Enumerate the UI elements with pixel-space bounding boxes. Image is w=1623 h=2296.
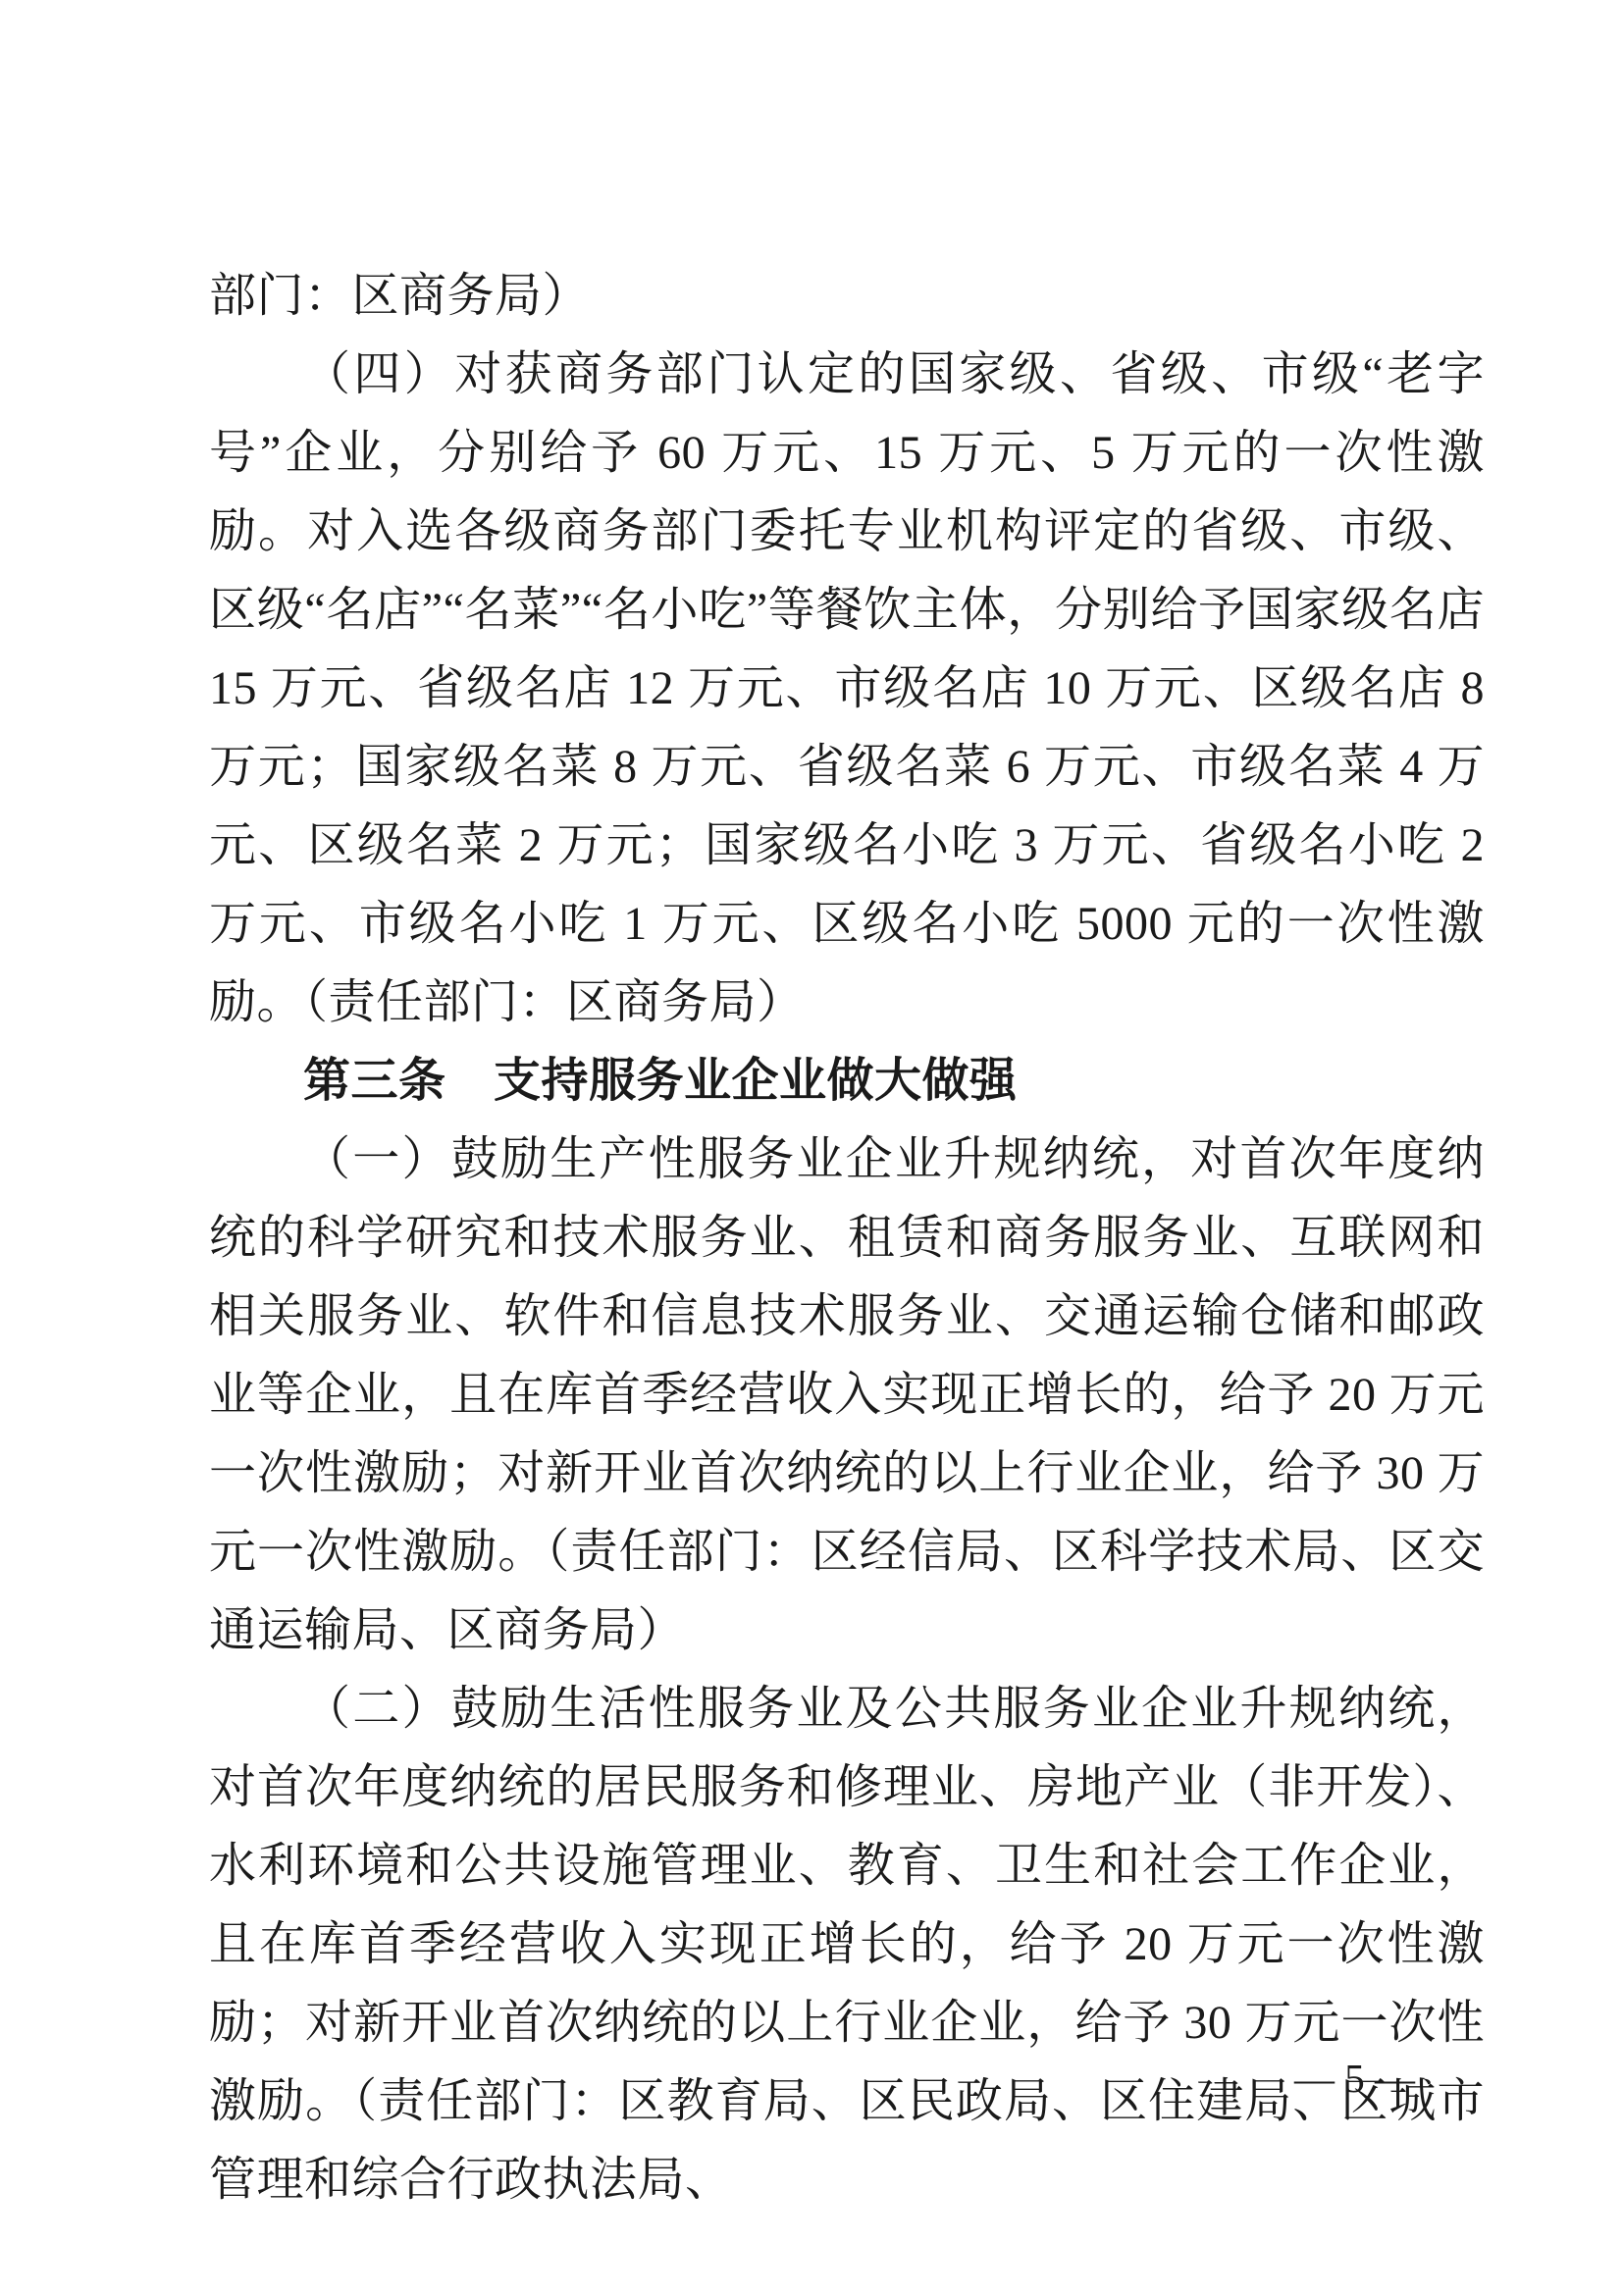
paragraph: 部门：区商务局） [209, 257, 1485, 336]
paragraph: （二）鼓励生活性服务业及公共服务业企业升规纳统，对首次年度纳统的居民服务和修理业… [209, 1670, 1485, 2219]
article-heading: 第三条 支持服务业企业做大做强 [209, 1042, 1485, 1121]
page-number: — 5 — [1294, 2055, 1415, 2102]
document-page: 部门：区商务局）（四）对获商务部门认定的国家级、省级、市级“老字号”企业，分别给… [0, 0, 1623, 2296]
paragraph: （一）鼓励生产性服务业企业升规纳统，对首次年度纳统的科学研究和技术服务业、租赁和… [209, 1121, 1485, 1670]
body-text: 部门：区商务局）（四）对获商务部门认定的国家级、省级、市级“老字号”企业，分别给… [209, 257, 1485, 2219]
paragraph: （四）对获商务部门认定的国家级、省级、市级“老字号”企业，分别给予 60 万元、… [209, 336, 1485, 1042]
